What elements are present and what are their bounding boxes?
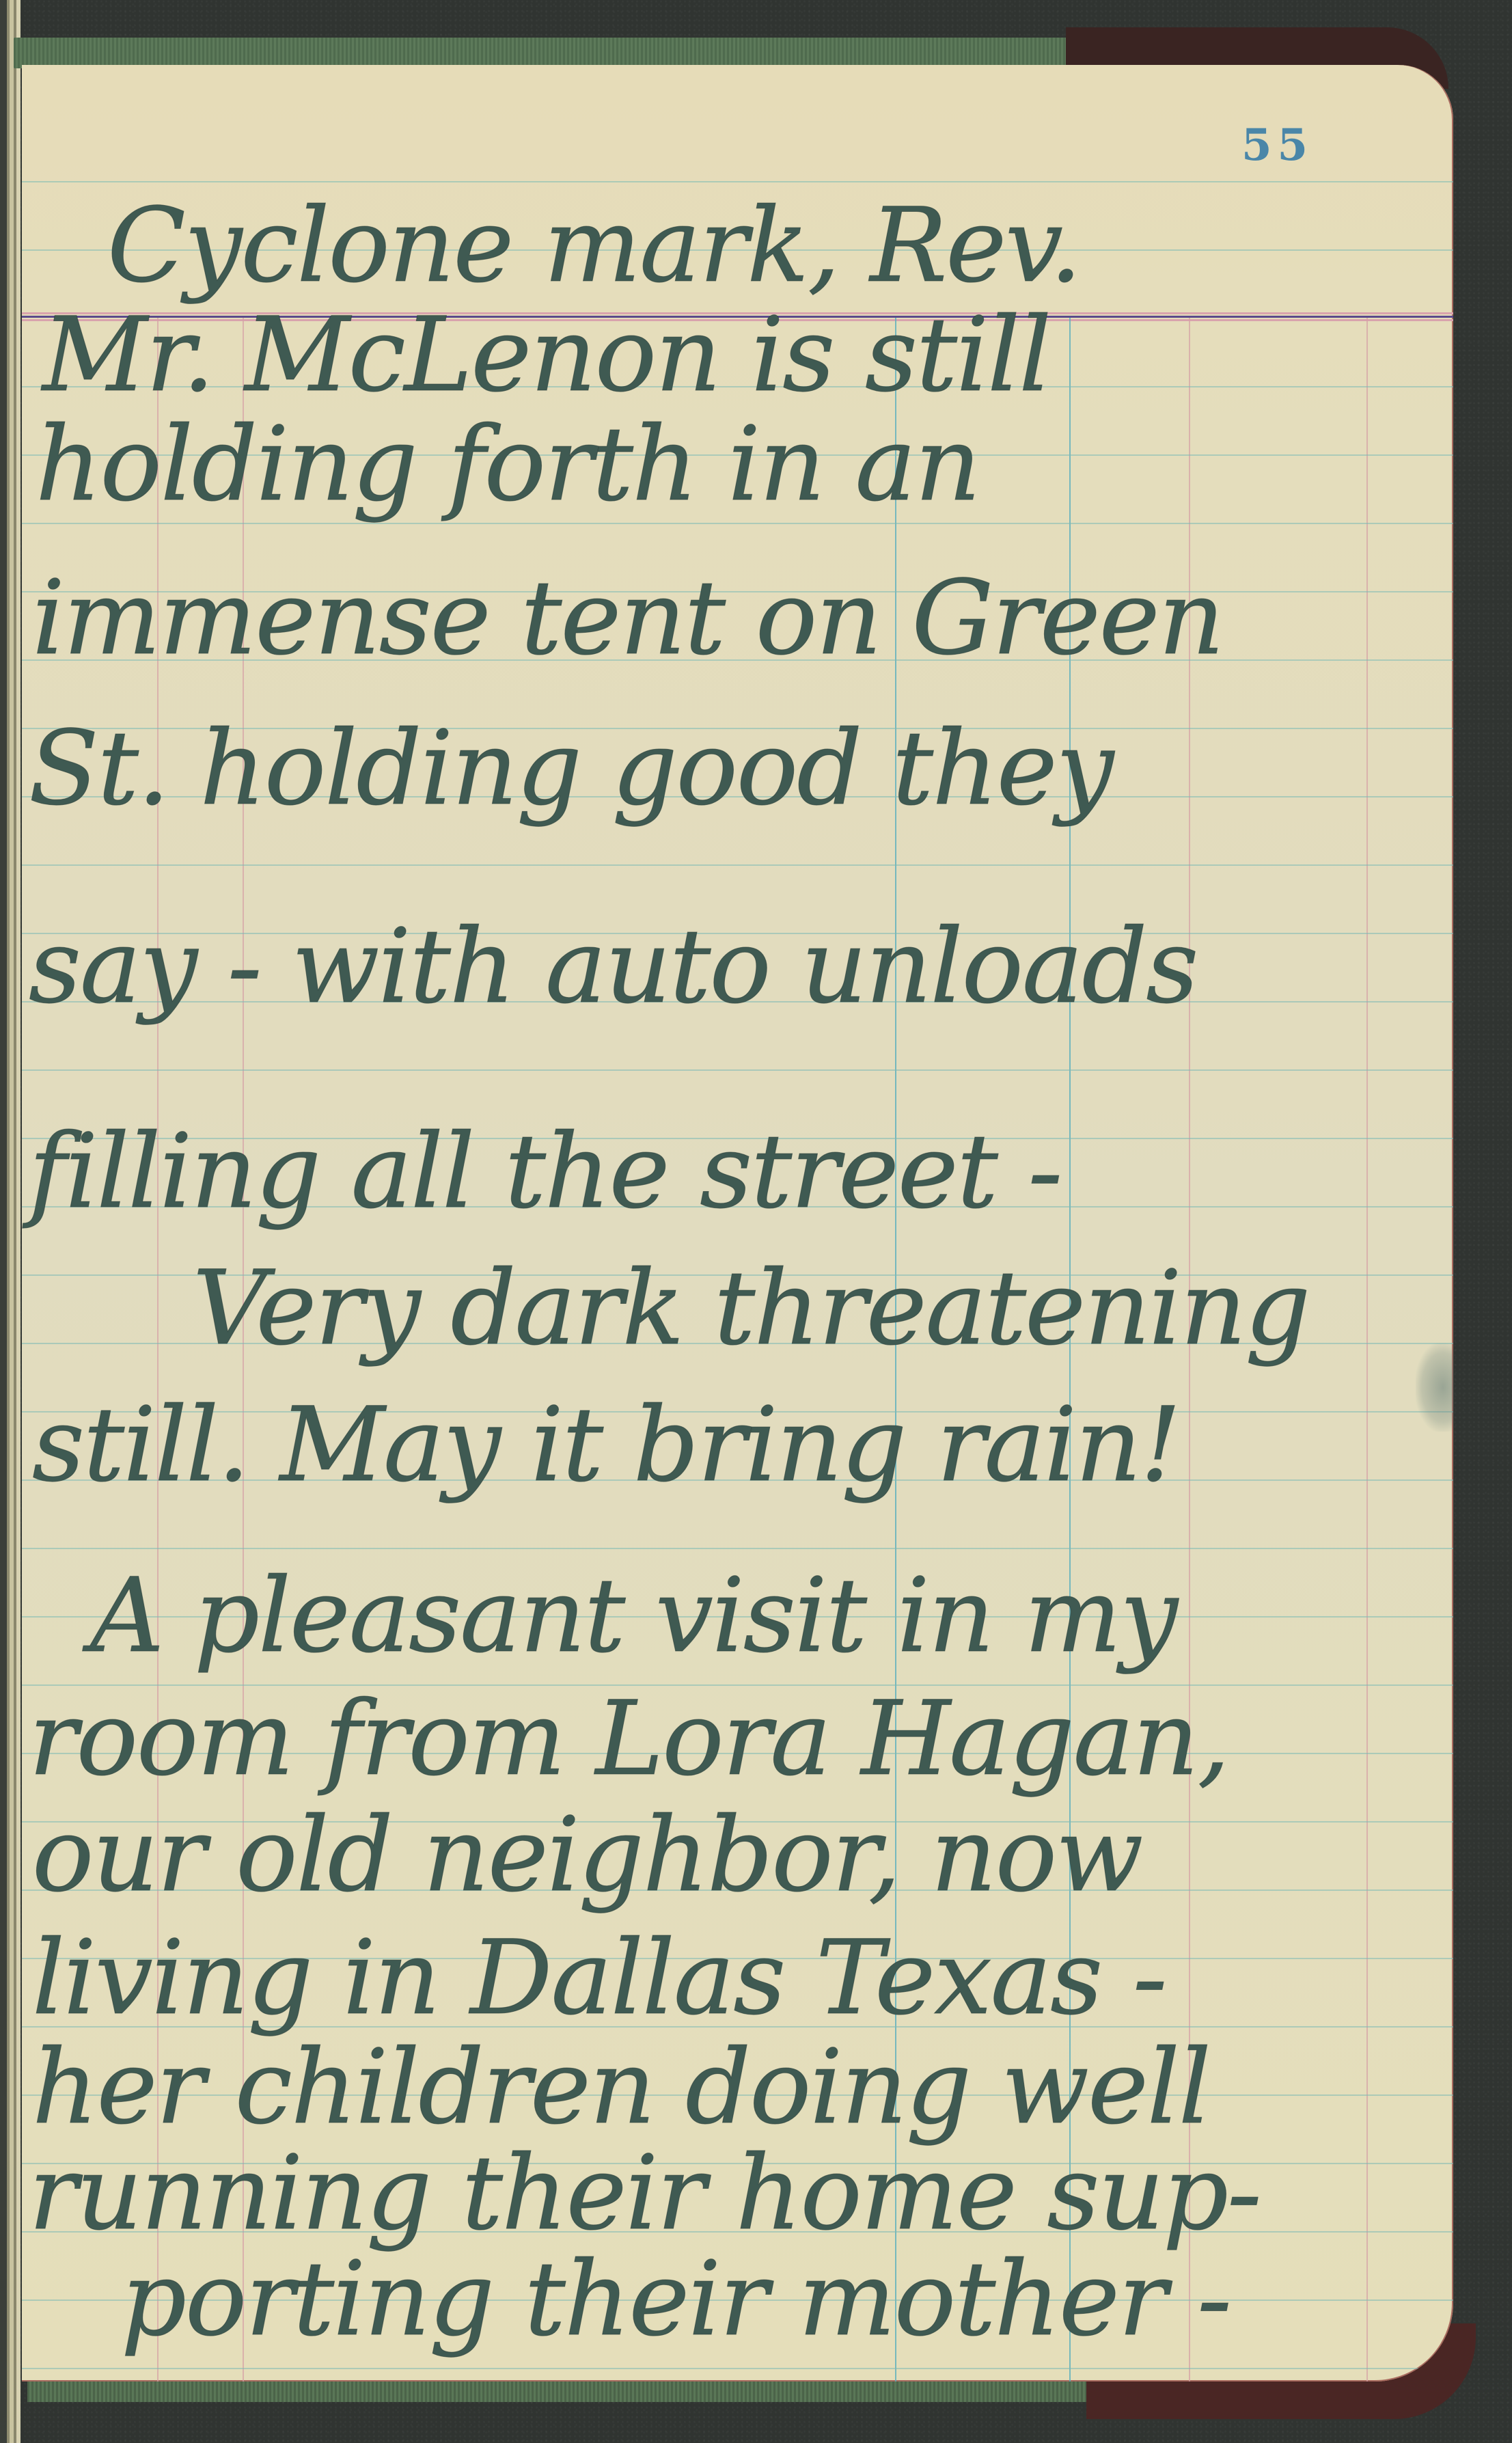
handwritten-line: her children doing well: [32, 2036, 1210, 2139]
handwritten-line: still. May it bring rain!: [32, 1394, 1180, 1497]
book-spine: [0, 0, 20, 2443]
handwritten-line: our old neighbor, now: [32, 1804, 1142, 1907]
handwritten-line: living in Dallas Texas -: [32, 1927, 1166, 2030]
ink-blot: [1416, 1343, 1453, 1432]
ruled-line: [22, 1069, 1453, 1071]
ruled-line: [22, 181, 1453, 182]
handwritten-line: A pleasant visit in my: [90, 1565, 1177, 1667]
ruled-line: [22, 1548, 1453, 1549]
ruled-line: [22, 2368, 1453, 2369]
ledger-page: 55 Cyclone mark, Rev.Mr. McLenon is stil…: [22, 65, 1453, 2381]
handwritten-line: filling all the street -: [29, 1121, 1061, 1223]
handwritten-line: holding forth in an: [36, 413, 980, 516]
column-rule-red: [1366, 318, 1368, 2381]
handwritten-line: running their home sup-: [29, 2142, 1261, 2245]
handwritten-line: Mr. McLenon is still: [42, 304, 1050, 407]
cloth-binding-top: [14, 38, 1080, 68]
handwritten-line: Cyclone mark, Rev.: [107, 195, 1081, 297]
page-number: 55: [1241, 120, 1313, 171]
handwritten-line: immense tent on Green: [32, 567, 1223, 670]
handwritten-line: say - with auto unloads: [29, 916, 1197, 1018]
ruled-line: [22, 864, 1453, 866]
scanned-diary-page: 55 Cyclone mark, Rev.Mr. McLenon is stil…: [0, 0, 1512, 2443]
handwritten-line: room from Lora Hagan,: [29, 1688, 1228, 1790]
handwritten-line: St. holding good they: [29, 718, 1112, 820]
handwritten-line: porting their mother -: [121, 2248, 1231, 2351]
handwritten-line: Very dark threatening: [193, 1257, 1309, 1360]
